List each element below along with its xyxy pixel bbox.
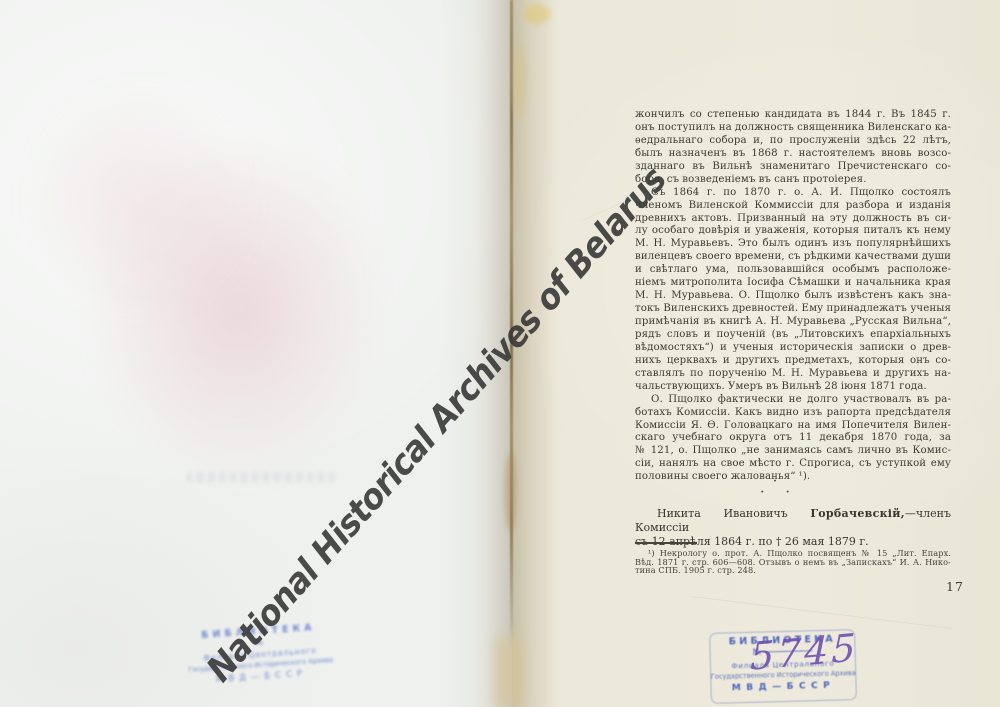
section-separator: · ·· <box>725 477 825 498</box>
paper-stain <box>513 42 526 120</box>
right-page: жончилъ со степенью кандидата въ 1844 г.… <box>512 0 1000 707</box>
footnote: ¹) Некрологу о. прот. А. Пщолко посвящен… <box>635 549 951 575</box>
text-line: Съ 1864 г. по 1870 г. о. А. И. Пщолко со… <box>635 187 951 200</box>
text-line: ботахъ Комиссіи. Какъ видно изъ рапорта … <box>635 407 951 420</box>
text-line: членомъ Виленской Коммиссіи для разбора … <box>635 200 951 213</box>
body-text: жончилъ со степенью кандидата въ 1844 г.… <box>635 109 951 484</box>
text-line: древнихъ актовъ. Призванный на эту должн… <box>635 213 951 226</box>
separator-dots: ·· <box>725 488 825 498</box>
text-line: онъ поступилъ на должность священника Ви… <box>635 122 951 135</box>
paper-crease <box>693 596 951 629</box>
stamp-line: МВД—БССР <box>711 680 855 694</box>
member-name-pre: Никита Ивановичъ <box>657 507 810 520</box>
footnote-line: тина СПБ. 1905 г. стр. 248. <box>635 566 951 575</box>
book-scan: БИБЛИОТЕКА № Филиала Центрального Госуда… <box>0 0 1000 707</box>
text-line: былъ назначенъ въ 1868 г. настоятелемъ в… <box>635 148 951 161</box>
paper-stain <box>524 4 550 24</box>
text-line: виленцевъ своего времени, съ рѣдкими кач… <box>635 251 951 264</box>
text-line: примѣчанія въ книгѣ А. Н. Муравьева „Рус… <box>635 316 951 329</box>
text-line: ставлялъ по порученію М. Н. Муравьева и … <box>635 368 951 381</box>
text-line: бора, съ возведеніемъ въ санъ протоіерея… <box>635 174 951 187</box>
text-line: токъ Виленскихъ древностей. Ему принадле… <box>635 303 951 316</box>
text-line: ніемъ митрополита Іосифа Сѣмашки и начал… <box>635 277 951 290</box>
separator-dot: · <box>725 477 825 487</box>
text-line: чальствующихъ. Умеръ въ Вильнѣ 28 іюня 1… <box>635 381 951 394</box>
text-line: лу особаго довѣрія и уваженія, которыя п… <box>635 225 951 238</box>
text-line: Комиссіи Я. Ѳ. Головацкаго на имя Попечи… <box>635 420 951 433</box>
paper-stain <box>505 452 516 532</box>
text-line: и свѣтлаго ума, пользовавшійся особымъ р… <box>635 264 951 277</box>
member-entry-line: Никита Ивановичъ Горбачевскій,—членъ Ком… <box>635 507 951 535</box>
paper-stain <box>494 636 524 707</box>
text-line: М. Н. Муравьевъ. Это былъ одинъ изъ попу… <box>635 238 951 251</box>
bleed-through-text <box>186 472 336 483</box>
text-line: жончилъ со степенью кандидата въ 1844 г.… <box>635 109 951 122</box>
text-line: рядъ словъ и поученій (въ „Литовскихъ еп… <box>635 329 951 342</box>
text-line: М. Н. Муравьева. О. Пщолко былъ извѣстен… <box>635 290 951 303</box>
page-number: 17 <box>946 579 964 594</box>
text-line: О. Пщолко фактически не долго участвовал… <box>635 394 951 407</box>
ink-bleed-stain-faint <box>30 90 250 310</box>
footnote-rule <box>635 542 697 544</box>
text-line: вѣдомостяхъ“) и ученыя историческія запи… <box>635 342 951 355</box>
text-line: ѳедральнаго собора и, по прослуженіи здѣ… <box>635 135 951 148</box>
handwritten-accession-number: 5745 <box>750 628 859 676</box>
text-line: сіи, нанялъ на свое мѣсто г. Спрогиса, с… <box>635 458 951 471</box>
text-line: № 121, о. Пщолко „не занимаясь самъ личн… <box>635 445 951 458</box>
text-line: нихъ церквахъ и другихъ предметахъ, кото… <box>635 355 951 368</box>
member-surname: Горбачевскій, <box>810 507 905 520</box>
text-line: скаго учебнаго округа отъ 11 декабря 187… <box>635 432 951 445</box>
text-line: зданнаго въ Вильнѣ знаменитаго Пречистен… <box>635 161 951 174</box>
